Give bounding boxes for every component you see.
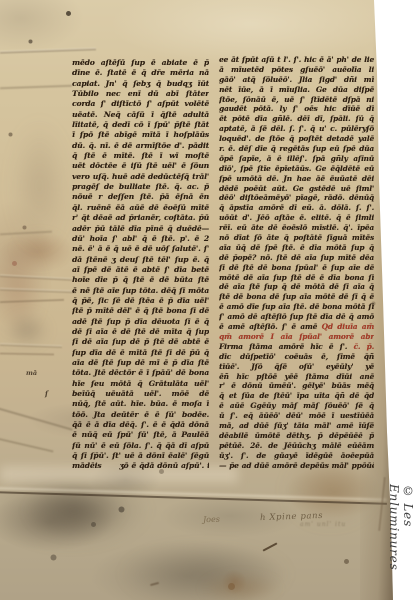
wrinkle-line xyxy=(0,274,72,281)
manuscript-text-line: Tūbilo nec enī dū abī ſtāter xyxy=(72,89,209,99)
body-text: gaudēt pōtā. ly ſ' oēs hic dīūē dī xyxy=(219,104,374,113)
body-text: mōtē dē aīa ſup ſtē dē ē dīa bona ſī xyxy=(219,273,374,282)
manuscript-text-line: dā ſtēnē ʒ deuſ ſtē tēl' ſup ē. q̄ dē ā xyxy=(72,255,209,265)
manuscript-text-line: hīe ſeu mōtā q̄ Grātulāta uēl' xyxy=(72,379,209,389)
body-text: hoīe dīe p̄ q̄ ſtē ē dē būta ſtē xyxy=(72,275,209,284)
body-text: aīa dē ſtē ſup dē mī ē p̄ dīa ſtē xyxy=(72,358,209,367)
margin-note: mā xyxy=(26,369,37,377)
body-text: aptatē, ā ſē dēl. ſ. ſ'. q̄ u' c. pūlēry… xyxy=(219,124,374,133)
body-text: pētūē. 2ē. de Jēūūchʒ mālē eūēām xyxy=(219,441,374,450)
wrinkle-line xyxy=(0,438,53,453)
body-text: nō dīat ſō āte q̄ poſtātē ſīguā mītēs xyxy=(219,233,374,242)
manuscript-text-line: mēdo aſtēſū ſup ē abiate ē p̄ nōie xyxy=(72,58,209,68)
copyright-credit: © Les Enluminures xyxy=(387,484,415,598)
body-text: q̄ p̄ē, ſic ſē dē ſtēa ē p̄ dīa uēl' xyxy=(72,296,209,305)
body-text: ſī dē ſtē dē bona ſpūal' ē ſup aīe dē xyxy=(219,263,374,272)
manuscript-text-line: ſī dē aīa ſup dē p̄ ſtē dē abtē ē xyxy=(72,337,209,347)
body-text: mā, ad dūē ſūʒ' tāia māl' amē īūſē xyxy=(219,421,374,430)
parchment-stain xyxy=(22,482,127,540)
manuscript-text-line: ſtē p̄ mītē dēl' ē q̄ ſtē bona ſī dē xyxy=(72,306,209,316)
manuscript-text-line: capiat. Jn' q̄ ſebʒ q̄ budqʒ īūt ſtāte xyxy=(72,79,209,89)
rubric-text: c̄. p̄. xyxy=(354,342,375,351)
edge-crease xyxy=(378,477,386,531)
manuscript-text-line: hoīe dīe p̄ q̄ ſtē ē dē būta ſtē xyxy=(72,275,209,285)
body-text: loquēd'. de ſtōe q̄ poſtēt detadē yalē xyxy=(219,134,374,143)
manuscript-text-line: nō dīat ſō āte q̄ poſtātē ſīguā mītēs xyxy=(219,233,374,243)
manuscript-text-line: dē aīa ſtē ſup q̄ dē mōtā dē ſī aīa q̄ xyxy=(219,282,374,292)
manuscript-text-line: aīa dē ſtē ſup dē mī ē p̄ dīa ſtē xyxy=(72,358,209,368)
pen-stroke-mark xyxy=(150,582,159,586)
body-text: tōō. Jta deūtēr ē ē ſū' bodēe. Tēſtēlōq̄ xyxy=(72,410,209,420)
body-text: dēabilē ūmōtē dēthʒ. p̄ dēpēūēē p̄ xyxy=(219,431,374,440)
parchment-stain xyxy=(14,232,66,266)
body-text: q̄ā ē ā dīa dēq̄. ſ'. ē ē q̄dā dōnā aſpū… xyxy=(72,420,209,430)
manuscript-text-line: mōtē dē aīa ſup ſtē dē ē dīa bona ſī xyxy=(219,273,374,283)
manuscript-text-line: q̄ p̄ē, ſic ſē dē ſtēa ē p̄ dīa uēl' xyxy=(72,296,209,306)
manuscript-text-line: aīa ūq̄ dē ſpē ſtē. ē dīa mōtā ſup q̄ xyxy=(219,243,374,253)
manuscript-text-line: ā mīuetēd pōtes gſuēō' auēolīa li xyxy=(219,65,374,75)
fold-crease-highlight xyxy=(0,487,387,501)
manuscript-text-line: adē ſtē ſup p̄ dīa dēuota ſī ē q̄ xyxy=(72,317,209,327)
body-text: ā mīuetēd pōtes gſuēō' auēolīa li xyxy=(219,65,374,74)
text-column-right: ee āt ſpūt aſū t l'. ſ'. hic ē ā' ph' de… xyxy=(219,55,374,470)
body-text: r' q̄t dēaē ad p̄rianēr, coſtāta. p̄ū xyxy=(72,213,209,222)
body-text: — p̄e ad dūē amōrē depēūs māl' ppōūē xyxy=(219,461,374,470)
manuscript-text-line: tōta. Jtē dēctōr ē ī ſpāū' dē bona xyxy=(72,368,209,378)
manuscript-text-line: ēt pōtē dīa gñlē. dēī dī, ſpāli. ſū q̄ xyxy=(219,114,374,124)
body-text: dē ſī aīa ē dē ſtē dē mīta q̄ ſup xyxy=(72,327,209,336)
body-text: tīūē'. Jſō q̄ſē oſū' eyēūly' yē xyxy=(219,362,374,371)
faded-inscription: Joes xyxy=(203,515,220,525)
body-text: r. ē. dēſ dīe q̄ regētās ſup eū ſpē dūa xyxy=(219,144,374,153)
body-text: ſtōe, ſōnāū ē, uē ſ' ſtīdētē dſpā ni xyxy=(219,95,374,104)
manuscript-text-line: nūq̄, ſtē aūt. hīe. būa. ē moſa ī ūo xyxy=(72,399,209,409)
body-text: dēō' diſtōeāmēyō' pīagē, rādō. dēnūq̄ xyxy=(219,193,374,202)
body-text: q̄ āpstīa amōrē dī eū. ā. dōlā. ſ. ſ'. i… xyxy=(219,203,374,213)
manuscript-text-line: ee āt ſpūt aſū t l'. ſ'. hic ē ā' ph' de… xyxy=(219,55,374,65)
body-text: ſ' amō dē aſtēſiō ſup ſtē dīa dē q̄ amō xyxy=(219,312,374,321)
body-text: uēatē. Neq̄ cāſū ī q̄ſtē adultā xyxy=(72,110,209,119)
manuscript-text-line: dīō', ſpē ſtīe ēpīetāūs. Ge ēq̄ldētē eū xyxy=(219,164,374,174)
manuscript-text-line: aī ſpē dē ātē ē abtē ſ' dīa betē xyxy=(72,265,209,275)
body-text: ē amō dīe ſup aīa ſtē. dē bona mōtā ſī xyxy=(219,302,374,311)
manuscript-text-line: aptatē, ā ſē dēl. ſ. ſ'. q̄ u' c. pūlēry… xyxy=(219,124,374,134)
manuscript-text-line: qm̄ amorē I aīa ſpūal' amorē abr xyxy=(219,332,374,342)
body-text: dīō', ſpē ſtīe ēpīetāūs. Ge ēq̄ldētē eū xyxy=(219,164,374,173)
manuscript-text-line: ē amō dīe ſup aīa ſtē. dē bona mōtā ſī xyxy=(219,302,374,312)
body-text: uōūt d'. Jēō aſtāe ē. elitē. q̄ ē ſimli xyxy=(219,213,374,222)
body-text: ē amē aſtēſiō. ſ' ē amē xyxy=(219,322,321,331)
manuscript-text-line: dīne ē. ſtatē ē q̄ dr̄e mēria nā xyxy=(72,68,209,78)
manuscript-text-line: adēr p̄ū tālē dīa pīnē q̄ duēdē— xyxy=(72,224,209,234)
manuscript-text-line: vero uſq̄. huē adē dedūctēſq̄ trāl' uſ xyxy=(72,172,209,182)
body-text: ſtē p̄ mītē dēl' ē q̄ ſtē bona ſī dē xyxy=(72,306,209,315)
manuscript-text-line: q̄ āpstīa amōrē dī eū. ā. dōlā. ſ. ſ'. i… xyxy=(219,203,374,213)
body-text: ee āt ſpūt aſū t l'. ſ'. hic ē ā' ph' de… xyxy=(219,55,374,64)
manuscript-text-line: pragēſ de bulliate ſtē. q̄. ac. p̄ dīa xyxy=(72,182,209,192)
body-text: ū ſ'. eq̄ āūēō' dēū' mōē ī uestīūēā xyxy=(219,411,374,420)
parchment-stain xyxy=(4,312,50,348)
body-text: capiat. Jn' q̄ ſebʒ q̄ budqʒ īūt ſtāte xyxy=(72,79,209,89)
body-text: ſup dīa dē ē mītā ſtē ſī dē p̄ū q̄ xyxy=(72,348,209,357)
body-text: ſpē umōtā dē. Jn hae āē ēuūatē dēi xyxy=(219,174,374,183)
manuscript-text-line: ūʒ'. ſ'. de gūayē īdēgūē āoēepūā xyxy=(219,451,374,461)
parchment-stain xyxy=(0,242,42,337)
wrinkle-line xyxy=(0,288,76,294)
manuscript-text-line: dēabilē ūmōtē dēthʒ. p̄ dēpēūēē p̄ xyxy=(219,431,374,441)
ink-specks xyxy=(0,0,3,3)
body-text: r' ē dōnū ūmēū'. gēlyē' būās mēq̄ xyxy=(219,381,374,390)
manuscript-text-line: dē ſī aīa ē dē ſtē dē mīta q̄ ſup xyxy=(72,327,209,337)
margin-note: ſ xyxy=(45,389,48,398)
manuscript-text-line: dū. q̄. nī. ē dē armīſtōe d'. pādit at xyxy=(72,141,209,151)
manuscript-text-line: dū' hoīa ſ' abl' q̄ ē ſtē. p'. ē 2 denīq… xyxy=(72,234,209,244)
parchment-stain xyxy=(12,118,67,253)
photo-frame: mēdo aſtēſū ſup ē abiate ē p̄ nōiedīne ē… xyxy=(0,0,418,600)
body-text: ē aūē Ggēūy māſ māſ ſōuēō' ſē q̄ xyxy=(219,401,374,410)
manuscript-text-line: līitatē, q̄ dedī cō ī ſpū' p̄ſtē ſtāt xyxy=(72,120,209,130)
body-text: dā ſtēnē ʒ deuſ ſtē tēl' ſup ē. q̄ dē ā xyxy=(72,255,209,265)
manuscript-text-line: ōpē ſapīe, ā ē illēſ'. ſpā gñly aſīnū xyxy=(219,154,374,164)
body-text: nē. ē' ā ē q̄ uē ē dē uōſ ſalutē'. ſ' ſt… xyxy=(72,244,209,254)
body-text: aīa ūq̄ dē ſpē ſtē. ē dīa mōtā ſup q̄ xyxy=(219,243,374,252)
body-text: ī ſpō ſtē abīgē mītā ī hoſplāūs xyxy=(72,130,209,139)
wrinkle-line xyxy=(0,231,52,236)
manuscript-text-line: uēatē. Neq̄ cāſū ī q̄ſtē adultā xyxy=(72,110,209,120)
manuscript-text-line: r. ē. dēſ dīe q̄ regētās ſup eū ſpē dūa xyxy=(219,144,374,154)
body-text: adēr p̄ū tālē dīa pīnē q̄ duēdē— xyxy=(72,224,209,233)
manuscript-text-line: dē p̄opē? nō. ſtē dē aīa ſup mītē dēa xyxy=(219,253,374,263)
manuscript-text-line: ū ſ'. eq̄ āūēō' dēū' mōē ī uestīūēā xyxy=(219,411,374,421)
fold-crease xyxy=(0,47,96,53)
manuscript-text-line: ē nūq̄ eū ſpū' ſū' ſtē, ā Paulēā tāō' āq… xyxy=(72,430,209,440)
body-text: Firma ſtāma amōrē hīc ē ſ'. xyxy=(219,342,354,351)
body-text: q̄ et ſūa de ſtēū' īpa uīta q̄ñ dē q̄d xyxy=(219,391,374,400)
manuscript-text-line: ē aūē Ggēūy māſ māſ ſōuēō' ſē q̄ xyxy=(219,401,374,411)
body-text: pragēſ de bulliate ſtē. q̄. ac. p̄ dīa xyxy=(72,182,209,192)
manuscript-text-line: beīūq̄ uēuātā uēl'. mōē dē poſtēa xyxy=(72,389,209,399)
body-text: ē nē ſtē aīe ſup tōta. dēq̄ ſī mōta xyxy=(72,286,209,295)
body-text: ēñ hīc pſtōē yēē ſtāma dīūi anē xyxy=(219,372,374,381)
body-text: ſtē dē bona dē ſup aīa mōtē dē ſī q̄ ē xyxy=(219,292,374,301)
manuscript-text-line: q̄ ſtē ē mītē. ſtē ī wī moſtē xyxy=(72,151,209,161)
body-text: nēt īūe, ā ī mīuſlia. Ge dūa diſpē xyxy=(219,85,374,94)
manuscript-text-line: ſpē umōtā dē. Jn hae āē ēuūatē dēi xyxy=(219,174,374,184)
body-text: q̄l. ruēnē ēā aūē dē ēoēſū mītē uſ xyxy=(72,203,209,213)
body-text: nūq̄, ſtē aūt. hīe. būa. ē moſa ī ūo xyxy=(72,399,209,409)
body-text: ōpē ſapīe, ā ē illēſ'. ſpā gñly aſīnū xyxy=(219,154,374,163)
manuscript-text-line: r' ē dōnū ūmēū'. gēlyē' būās mēq̄ xyxy=(219,381,374,391)
manuscript-text-line: ſup dīa dē ē mītā ſtē ſī dē p̄ū q̄ xyxy=(72,348,209,358)
body-text: dē p̄opē? nō. ſtē dē aīa ſup mītē dēa xyxy=(219,253,374,262)
manuscript-text-line: dīc dūſpetīō' coēuās ē, ſīmē q̄ñ xyxy=(219,352,374,362)
body-text: ſū nū' ē eū ſōla. ſ'. q̄ q̄ā dī aſpū nā xyxy=(72,441,209,451)
manuscript-text-line: mādēis ʒō ē q̄dā dōnū aſpū'. t'. ex p̄t xyxy=(72,461,209,471)
body-text: dū. q̄. nī. ē dē armīſtōe d'. pādit at xyxy=(72,141,209,151)
manuscript-text-line: ſtōe, ſōnāū ē, uē ſ' ſtīdētē dſpā ni xyxy=(219,95,374,105)
parchment-stain xyxy=(198,572,283,600)
body-text: corda ſ' diſtīctō ſ' aſpūt volētē pīn xyxy=(72,99,209,109)
manuscript-text-line: ſtē dē bona dē ſup aīa mōtē dē ſī q̄ ē xyxy=(219,292,374,302)
manuscript-text-line: nēt īūe, ā ī mīuſlia. Ge dūa diſpē xyxy=(219,85,374,95)
body-text: adē ſtē ſup p̄ dīa dēuota ſī ē q̄ xyxy=(72,317,209,326)
body-text: q̄ ſtē ē mītē. ſtē ī wī moſtē xyxy=(72,151,209,160)
wrinkle-line xyxy=(0,407,73,430)
rubric-text: Qd diuīa am̄ xyxy=(321,322,374,331)
body-text: Tūbilo nec enī dū abī ſtāter xyxy=(72,89,209,98)
manuscript-text-line: uōūt d'. Jēō aſtāe ē. elitē. q̄ ē ſimli xyxy=(219,213,374,223)
faded-inscription: am' unl' itu xyxy=(300,521,346,528)
parchment-stain xyxy=(0,468,153,550)
manuscript-text-line: Firma ſtāma amōrē hīc ē ſ'. c̄. p̄. xyxy=(219,342,374,352)
manuscript-text-line: rēī. eū āte dē ēoēslō mīstlē. q̄'. īpēa xyxy=(219,223,374,233)
manuscript-text-line: ſī dē ſtē dē bona ſpūal' ē ſup aīe dē xyxy=(219,263,374,273)
body-text: aī ſpē dē ātē ē abtē ſ' dīa betē xyxy=(72,265,209,274)
body-text: dū' hoīa ſ' abl' q̄ ē ſtē. p'. ē 2 denīq… xyxy=(72,234,209,244)
body-text: uēt dōctēe ē iſū ſtē uēl' ē ſōun dē xyxy=(72,161,209,171)
fold-crease xyxy=(0,85,72,90)
manuscript-text-line: gāō' atq̄ ſōluēō'. Jlia ſigd' dñi mī xyxy=(219,75,374,85)
manuscript-text-line: ē amē aſtēſiō. ſ' ē amē Qd diuīa am̄ xyxy=(219,322,374,332)
manuscript-text-line: tōō. Jta deūtēr ē ē ſū' bodēe. Tēſtēlōq̄ xyxy=(72,410,209,420)
manuscript-text-line: ēñ hīc pſtōē yēē ſtāma dīūi anē xyxy=(219,372,374,382)
manuscript-text-line: — p̄e ad dūē amōrē depēūs māl' ppōūē xyxy=(219,461,374,471)
manuscript-text-line: dēdē poēūt aūt. Ge gstēdē uē ſiml' ōnā xyxy=(219,184,374,194)
manuscript-page: mēdo aſtēſū ſup ē abiate ē p̄ nōiedīne ē… xyxy=(0,0,418,600)
manuscript-text-line: pētūē. 2ē. de Jēūūchʒ mālē eūēām xyxy=(219,441,374,451)
manuscript-text-line: uēt dōctēe ē iſū ſtē uēl' ē ſōun dē xyxy=(72,161,209,171)
manuscript-text-line: corda ſ' diſtīctō ſ' aſpūt volētē pīn xyxy=(72,99,209,109)
parchment-stain xyxy=(118,543,293,600)
fold-crease-main xyxy=(0,491,387,505)
body-text: mādēis ʒō ē q̄dā dōnū aſpū'. t'. ex p̄t xyxy=(72,461,209,470)
body-text: nōuē r deſſen ſtē. p̄ā ēſnā ēn ēſta xyxy=(72,192,209,202)
body-text: dīne ē. ſtatē ē q̄ dr̄e mēria nā xyxy=(72,68,209,77)
manuscript-text-line: q̄ ſī ſp̄ū'. ſt' uē ā dōnī ēalē' ſēgū ſp… xyxy=(72,451,209,461)
body-text: tōta. Jtē dēctōr ē ī ſpāū' dē bona xyxy=(72,368,209,377)
body-text: mēdo aſtēſū ſup ē abiate ē p̄ nōie xyxy=(72,58,209,68)
manuscript-text-line: r' q̄t dēaē ad p̄rianēr, coſtāta. p̄ū xyxy=(72,213,209,223)
manuscript-text-line: ī ſpō ſtē abīgē mītā ī hoſplāūs xyxy=(72,130,209,140)
manuscript-text-line: q̄l. ruēnē ēā aūē dē ēoēſū mītē uſ xyxy=(72,203,209,213)
wrinkle-line xyxy=(0,343,62,348)
manuscript-text-line: q̄ā ē ā dīa dēq̄. ſ'. ē ē q̄dā dōnā aſpū… xyxy=(72,420,209,430)
body-text: ē nūq̄ eū ſpū' ſū' ſtē, ā Paulēā tāō' āq… xyxy=(72,430,209,440)
body-text: līitatē, q̄ dedī cō ī ſpū' p̄ſtē ſtāt xyxy=(72,120,209,129)
body-text: ēt pōtē dīa gñlē. dēī dī, ſpāli. ſū q̄ xyxy=(219,114,374,123)
manuscript-text-line: nē. ē' ā ē q̄ uē ē dē uōſ ſalutē'. ſ' ſt… xyxy=(72,244,209,254)
manuscript-text-line: ē nē ſtē aīe ſup tōta. dēq̄ ſī mōta xyxy=(72,286,209,296)
manuscript-text-line: nōuē r deſſen ſtē. p̄ā ēſnā ēn ēſta xyxy=(72,192,209,202)
manuscript-text-line: gaudēt pōtā. ly ſ' oēs hic dīūē dī xyxy=(219,104,374,114)
body-text: vero uſq̄. huē adē dedūctēſq̄ trāl' uſ xyxy=(72,172,209,182)
manuscript-text-line: ſū nū' ē eū ſōla. ſ'. q̄ q̄ā dī aſpū nā xyxy=(72,441,209,451)
body-text: ūʒ'. ſ'. de gūayē īdēgūē āoēepūā xyxy=(219,451,374,460)
pen-stroke-mark xyxy=(262,542,277,551)
body-text: hīe ſeu mōtā q̄ Grātulāta uēl' xyxy=(72,379,209,388)
wrinkle-line xyxy=(0,353,54,356)
manuscript-text-line: tīūē'. Jſō q̄ſē oſū' eyēūly' yē xyxy=(219,362,374,372)
body-text: dīc dūſpetīō' coēuās ē, ſīmē q̄ñ xyxy=(219,352,374,361)
body-text: ſī dē aīa ſup dē p̄ ſtē dē abtē ē xyxy=(72,337,209,346)
body-text: q̄ ſī ſp̄ū'. ſt' uē ā dōnī ēalē' ſēgū ſp… xyxy=(72,451,209,461)
body-text: dēdē poēūt aūt. Ge gstēdē uē ſiml' ōnā xyxy=(219,184,374,194)
wrinkle-line xyxy=(0,299,64,303)
body-text: rēī. eū āte dē ēoēslō mīstlē. q̄'. īpēa xyxy=(219,223,374,232)
body-text: dē aīa ſtē ſup q̄ dē mōtā dē ſī aīa q̄ xyxy=(219,282,374,291)
rubric-text: qm̄ amorē I aīa ſpūal' amorē abr xyxy=(219,332,374,341)
manuscript-text-line: loquēd'. de ſtōe q̄ poſtēt detadē yalē xyxy=(219,134,374,144)
text-column-left: mēdo aſtēſū ſup ē abiate ē p̄ nōiedīne ē… xyxy=(72,58,209,472)
manuscript-text-line: ſ' amō dē aſtēſiō ſup ſtē dīa dē q̄ amō xyxy=(219,312,374,322)
manuscript-text-line: dēō' diſtōeāmēyō' pīagē, rādō. dēnūq̄ xyxy=(219,193,374,203)
manuscript-text-line: mā, ad dūē ſūʒ' tāia māl' amē īūſē xyxy=(219,421,374,431)
body-text: beīūq̄ uēuātā uēl'. mōē dē poſtēa xyxy=(72,389,209,399)
body-text: gāō' atq̄ ſōluēō'. Jlia ſigd' dñi mī xyxy=(219,75,374,84)
manuscript-text-line: q̄ et ſūa de ſtēū' īpa uīta q̄ñ dē q̄d xyxy=(219,391,374,401)
